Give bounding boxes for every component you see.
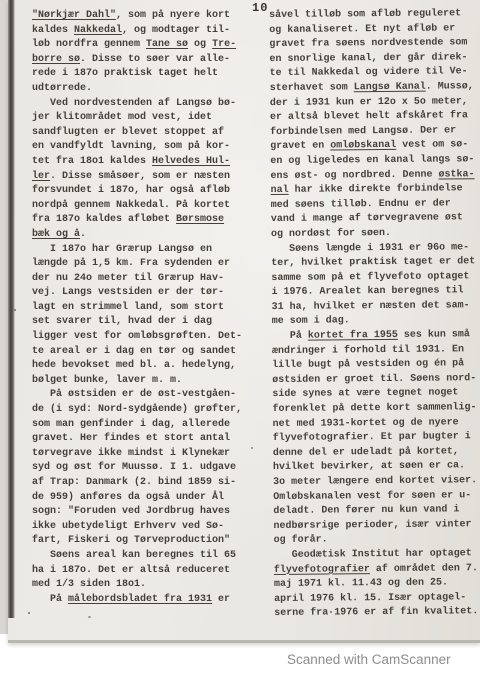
- underlined-text: østka-: [438, 169, 474, 180]
- scan-speck: [251, 447, 253, 449]
- text-line: sterhavet som Langsø Kanal. Mussø,: [269, 80, 480, 96]
- scan-speck: [88, 616, 91, 618]
- text-line: forenklet på dette kort sammenlig-: [272, 401, 480, 417]
- text-line: nedbørsrige perioder, især vinter: [273, 518, 480, 534]
- underlined-text: Børsmose: [176, 214, 224, 225]
- underlined-text: Tane sø: [146, 39, 188, 50]
- text-line: rede i 187o praktisk taget helt: [32, 67, 244, 82]
- scan-speck: [14, 309, 16, 311]
- text-line: såvel tilløb som afløb reguleret: [269, 7, 480, 23]
- text-line: tørvegrave ikke mindst i Klynekær: [32, 447, 244, 462]
- text-line: 31 ha, hvilket er næsten det sam-: [271, 299, 480, 315]
- text-line: nordpå gennem Nakkedal. På kortet: [32, 199, 244, 214]
- text-line: serne fra 1976 er af fin kvalitet.: [274, 605, 480, 621]
- text-line: vand i mange af tørvegravene øst: [270, 211, 480, 227]
- camscanner-export-page: 10 "Nørkjær Dahl", som på nyere kortkald…: [0, 0, 480, 679]
- text-line: ikke ubetydeligt Erhverv ved Sø-: [32, 520, 244, 535]
- text-line: en vandfyldt lavning, som på kor-: [32, 140, 244, 155]
- text-line: de (i syd: Nord-sydgående) grøfter,: [32, 403, 244, 418]
- camscanner-watermark: Scanned with CamScanner: [287, 652, 451, 667]
- text-line: set svarer til, hvad der i dag: [32, 315, 244, 330]
- text-line: ligger vest for omløbsgrøften. Det-: [32, 330, 244, 345]
- text-line: Ved nordvestenden af Langsø bø-: [32, 97, 244, 112]
- text-line: ter, hvilket praktisk taget er det: [271, 255, 480, 271]
- text-line: tet fra 18o1 kaldes Helvedes Hul-: [32, 155, 244, 170]
- underlined-text: flyvefotografier: [273, 564, 369, 576]
- text-line: jer klitområdet mod vest, idet: [32, 111, 244, 126]
- text-line: i 1976. Arealet kan beregnes til: [271, 284, 480, 300]
- text-line: Geodætisk Institut har optaget: [273, 547, 480, 563]
- text-line: længde på 1,5 km. Fra sydenden er: [32, 257, 244, 272]
- text-column-right: såvel tilløb som afløb reguleretog kanal…: [269, 7, 480, 622]
- text-line: ler. Disse småsøer, som er næsten: [32, 170, 244, 185]
- text-line: sandflugten er blevet stoppet af: [32, 126, 244, 141]
- text-line: forsvundet i 187o, har også afløb: [32, 184, 244, 199]
- scan-speck: [330, 611, 332, 613]
- underlined-text: bæk og å: [32, 229, 80, 240]
- text-line: borre sø. Disse to søer var alle-: [32, 53, 244, 68]
- underlined-text: nal: [270, 185, 288, 196]
- text-line: 3o meter længere end kortet viser.: [273, 474, 480, 490]
- underlined-text: Helvedes Hul-: [152, 156, 230, 167]
- underlined-text: Tre-: [212, 39, 236, 50]
- text-line: På østsiden er de øst-vestgåen-: [32, 388, 244, 403]
- text-line: fart, Fiskeri og Tørveproduction": [32, 534, 244, 549]
- text-line: der nu 24o meter til Grærup Hav-: [32, 272, 244, 287]
- text-line: udtørrede.: [32, 82, 244, 97]
- underlined-text: "Nørkjær Dahl": [32, 10, 116, 21]
- scan-speck: [28, 612, 30, 614]
- text-line: med 1/3 siden 18o1.: [32, 578, 244, 593]
- underlined-text: Langsø Kanal: [353, 82, 425, 94]
- underlined-text: målebordsbladet fra 1931: [68, 594, 212, 605]
- text-line: flyvefotografier af området den 7.: [273, 562, 480, 578]
- text-line: vej. Langs vestsiden er der tør-: [32, 286, 244, 301]
- text-line: løb nordfra gennem Tane sø og Tre-: [32, 38, 244, 53]
- text-line: "Nørkjær Dahl", som på nyere kort: [32, 9, 244, 24]
- text-line: fra 187o kaldes afløbet Børsmose: [32, 213, 244, 228]
- text-line: gravet fra søens nordvestende som: [269, 36, 480, 52]
- text-line: flyvefotografier. Et par bugter i: [272, 430, 480, 446]
- text-line: hede bevokset med bl. a. hedelyng,: [32, 359, 244, 374]
- text-line: I 187o har Grærup Langsø en: [32, 243, 244, 258]
- text-line: en og ligeledes en kanal langs sø-: [270, 153, 480, 169]
- text-line: bølget bunke, laver m. m.: [32, 374, 244, 389]
- text-line: lagt en strimmel land, som stort: [32, 301, 244, 316]
- text-line: Søens areal kan beregnes til 65: [32, 549, 244, 564]
- underlined-text: borre sø: [32, 54, 80, 65]
- text-line: af Trap: Danmark (2. bind 1859 si-: [32, 476, 244, 491]
- text-line: bæk og å.: [32, 228, 244, 243]
- text-line: ha i 187o. Det er altså reduceret: [32, 564, 244, 579]
- text-line: kaldes Nakkedal, og modtager til-: [32, 24, 244, 39]
- text-column-left: "Nørkjær Dahl", som på nyere kortkaldes …: [32, 9, 244, 622]
- scanned-document-page: 10 "Nørkjær Dahl", som på nyere kortkald…: [8, 0, 480, 643]
- text-line: de 959) anføres da også under Ål: [32, 491, 244, 506]
- text-line: På kortet fra 1955 ses kun små: [271, 328, 480, 344]
- text-line: syd og øst for Muussø. I 1. udgave: [32, 461, 244, 476]
- text-line: lille bugt på vestsiden og én på: [272, 357, 480, 373]
- text-line: nal har ikke direkte forbindelse: [270, 182, 480, 198]
- underlined-text: kortet fra 1955: [307, 330, 397, 342]
- text-line: sogn: "Foruden ved Jordbrug haves: [32, 505, 244, 520]
- text-line: er altså blevet helt afskåret fra: [269, 109, 480, 125]
- underlined-text: ler: [32, 171, 50, 182]
- text-line: som man genfinder i dag, allerede: [32, 418, 244, 433]
- text-line: te areal er i dag en tør og sandet: [32, 345, 244, 360]
- underlined-text: Nakkedal: [74, 25, 122, 36]
- text-columns: "Nørkjær Dahl", som på nyere kortkaldes …: [8, 0, 480, 622]
- text-line: deladt. Den fører nu kun vand i: [273, 503, 480, 519]
- text-line: gravet. Her findes et stort antal: [32, 432, 244, 447]
- underlined-text: omløbskanal: [330, 140, 396, 152]
- text-line: På målebordsbladet fra 1931 er: [32, 593, 244, 608]
